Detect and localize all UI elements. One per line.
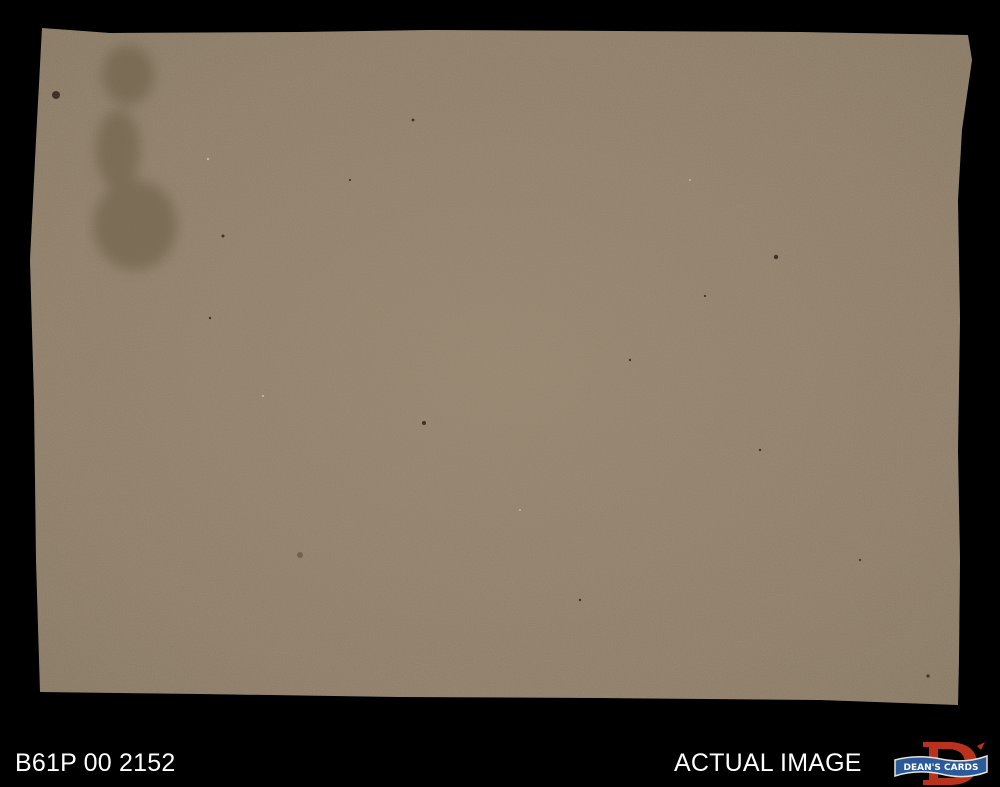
card-back-photo <box>0 0 1000 787</box>
logo-text: DEAN'S CARDS <box>904 763 979 773</box>
photo-stage: B61P 00 2152 ACTUAL IMAGE DEAN'S CARDS <box>0 0 1000 787</box>
card-id-label: B61P 00 2152 <box>15 748 175 778</box>
image-footer: B61P 00 2152 ACTUAL IMAGE DEAN'S CARDS <box>0 738 1000 787</box>
actual-image-label: ACTUAL IMAGE <box>674 748 862 778</box>
deans-cards-logo-icon: DEAN'S CARDS <box>893 740 989 786</box>
